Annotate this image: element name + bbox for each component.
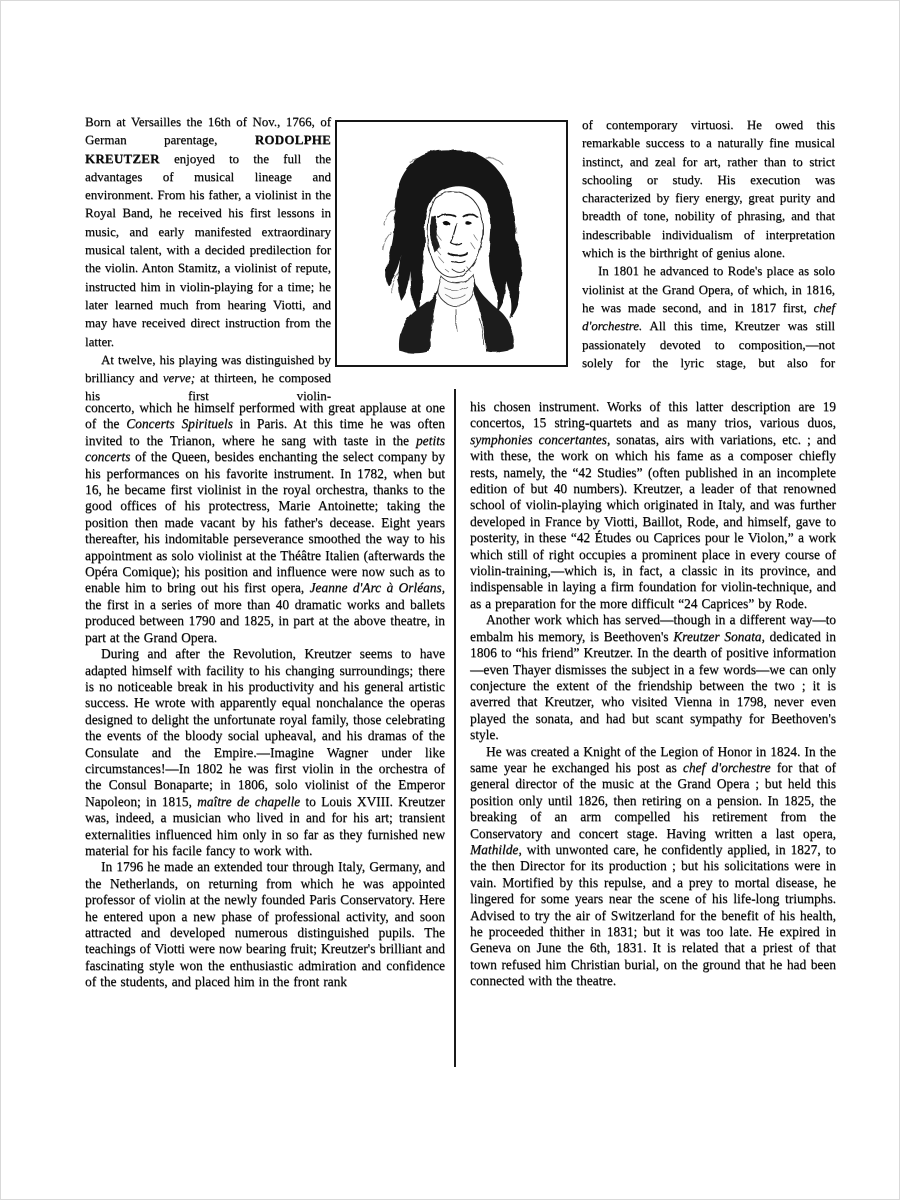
portrait-coat-strokes — [430, 309, 483, 347]
portrait-coat-right — [474, 281, 514, 353]
text-segment: During and after the Revolution, Kreutze… — [85, 646, 445, 809]
paragraph: concerto, which he himself performed wit… — [85, 400, 445, 646]
text-segment-italic: Jeanne d'Arc à Orléans, — [309, 580, 445, 595]
text-segment-italic: chef d'orchestre — [683, 760, 771, 775]
paragraph: Another work which has served—though in … — [470, 612, 836, 743]
text-segment: of the Queen, besides enchanting the sel… — [85, 449, 445, 595]
text-segment: sonatas, airs with variations, etc. ; an… — [470, 432, 836, 611]
text-segment: enjoyed to the full the advantages of mu… — [85, 152, 331, 349]
text-segment: In 1796 he made an extended tour through… — [85, 859, 445, 989]
scanned-book-page: Born at Versailles the 16th of Nov., 176… — [0, 0, 900, 1200]
text-segment: the first in a series of more than 40 dr… — [85, 597, 445, 645]
paragraph: He was created a Knight of the Legion of… — [470, 744, 836, 990]
text-segment-italic: Concerts Spirituels — [126, 416, 233, 431]
text-segment-italic: Mathilde, — [470, 842, 522, 857]
paragraph: Born at Versailles the 16th of Nov., 176… — [85, 113, 331, 351]
text-segment-italic: maître de chapelle — [197, 794, 300, 809]
paragraph: In 1796 he made an extended tour through… — [85, 859, 445, 990]
text-segment: of contemporary virtuosi. He owed this r… — [582, 118, 835, 260]
paragraph: his chosen instrument. Works of this lat… — [470, 399, 836, 612]
column-divider-rule — [454, 389, 456, 1067]
text-segment: his chosen instrument. Works of this lat… — [470, 399, 836, 430]
right-column-upper: of contemporary virtuosi. He owed this r… — [582, 116, 835, 372]
left-column-lower: concerto, which he himself performed wit… — [85, 400, 445, 991]
kreutzer-portrait-engraving — [337, 122, 566, 365]
paragraph: During and after the Revolution, Kreutze… — [85, 646, 445, 859]
text-segment: In 1801 he advanced to Rode's place as s… — [582, 264, 835, 315]
text-segment: with unwonted care, he confidently appli… — [470, 842, 836, 988]
portrait-frame — [335, 120, 568, 367]
paragraph: At twelve, his playing was distinguished… — [85, 351, 331, 406]
paragraph: In 1801 he advanced to Rode's place as s… — [582, 262, 835, 372]
text-segment: dedicated in 1806 to “his friend” Kreutz… — [470, 629, 836, 742]
text-segment-italic: verve; — [163, 371, 195, 385]
text-segment-italic: Kreutzer Sonata, — [673, 629, 765, 644]
left-column-upper: Born at Versailles the 16th of Nov., 176… — [85, 113, 331, 406]
paragraph: of contemporary virtuosi. He owed this r… — [582, 116, 835, 262]
right-column-lower: his chosen instrument. Works of this lat… — [470, 399, 836, 990]
text-segment-italic: symphonies concertantes, — [470, 432, 610, 447]
